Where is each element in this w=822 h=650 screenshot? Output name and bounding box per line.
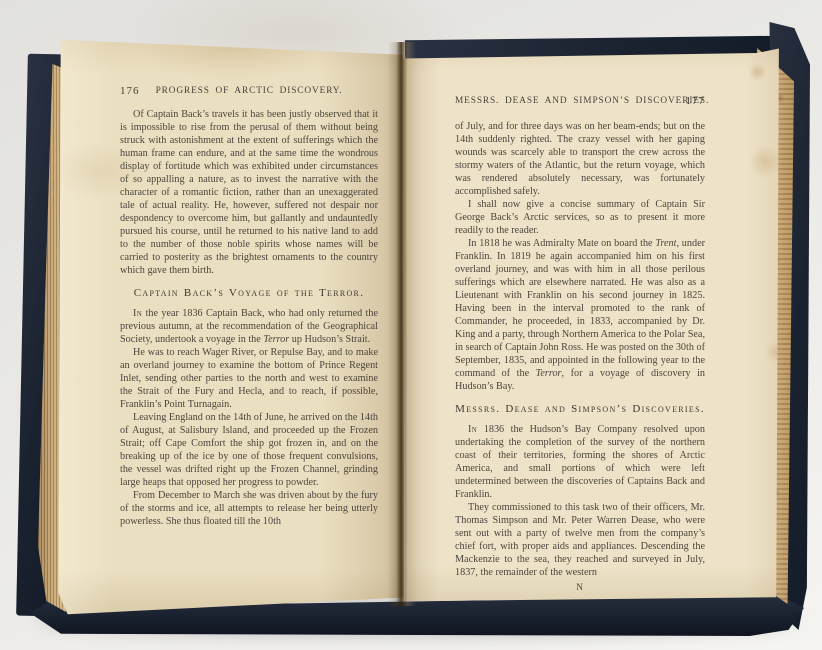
section-heading: Captain Back’s Voyage of the Terror.	[120, 287, 378, 300]
paragraph: Of Captain Back’s travels it has been ju…	[120, 108, 378, 277]
right-page-number: 177	[686, 95, 706, 107]
left-page-header: 176 PROGRESS OF ARCTIC DISCOVERY.	[120, 86, 378, 96]
paragraph: In the year 1836 Captain Back, who had o…	[120, 307, 378, 346]
right-page: MESSRS. DEASE AND SIMPSON’S DISCOVERIES.…	[402, 44, 780, 604]
paragraph-continued: of July, and for three days was on her b…	[455, 120, 705, 198]
section-heading: Messrs. Dease and Simpson’s Discoveries.	[455, 403, 705, 416]
book-photo-scene: 176 PROGRESS OF ARCTIC DISCOVERY. Of Cap…	[0, 0, 822, 650]
paragraph: He was to reach Wager River, or Repulse …	[120, 346, 378, 411]
paragraph: In 1818 he was Admiralty Mate on board t…	[455, 237, 705, 393]
right-page-text-column: of July, and for three days was on her b…	[455, 120, 705, 595]
left-page-number: 176	[120, 85, 140, 97]
right-page-header: MESSRS. DEASE AND SIMPSON’S DISCOVERIES.…	[455, 96, 705, 106]
paragraph: In 1836 the Hudson’s Bay Company resolve…	[455, 423, 705, 501]
paragraph: I shall now give a concise summary of Ca…	[455, 198, 705, 237]
book-spine-gutter	[388, 42, 416, 606]
left-running-head: PROGRESS OF ARCTIC DISCOVERY.	[120, 86, 378, 96]
paragraph: Leaving England on the 14th of June, he …	[120, 411, 378, 489]
signature-mark: N	[455, 582, 705, 595]
left-page: 176 PROGRESS OF ARCTIC DISCOVERY. Of Cap…	[58, 38, 404, 616]
left-page-text-column: Of Captain Back’s travels it has been ju…	[120, 108, 378, 528]
right-running-head: MESSRS. DEASE AND SIMPSON’S DISCOVERIES.	[455, 96, 705, 106]
paragraph: From December to March she was driven ab…	[120, 489, 378, 528]
paragraph: They commissioned to this task two of th…	[455, 501, 705, 579]
